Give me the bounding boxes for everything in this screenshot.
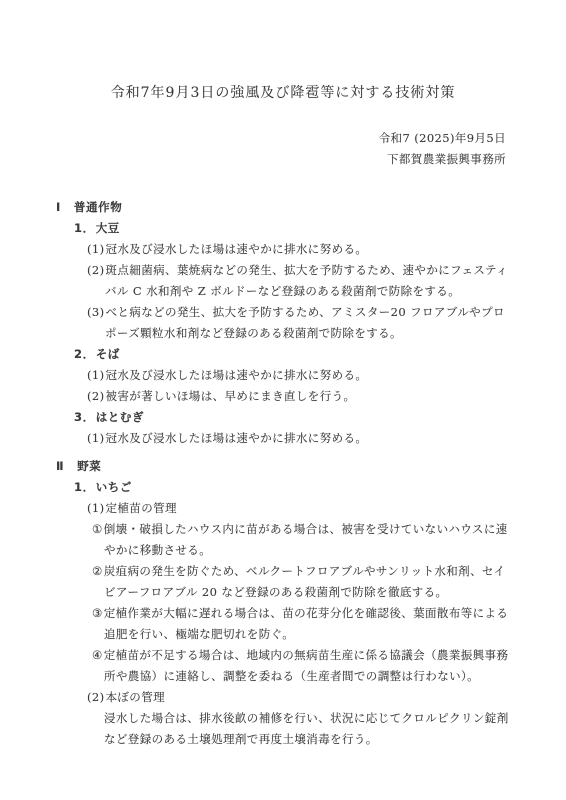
item-marker: ② — [92, 564, 103, 578]
document-title: 令和7年9月3日の強風及び降雹等に対する技術対策 — [0, 84, 566, 102]
document-meta: 令和7 (2025)年9月5日 下都賀農業振興事務所 — [0, 128, 566, 170]
list-item-paren: (2)本ぼの管理 — [105, 687, 512, 708]
item-marker: (2) — [87, 389, 105, 403]
section-numeral: Ⅰ — [56, 200, 61, 214]
list-item-circle: ②炭疽病の発生を防ぐため、ベルクートフロアブルやサンリット水和剤、セイビアーフロ… — [104, 561, 512, 603]
item-text: 被害が著しいほ場は、早めにまき直しを行う。 — [106, 389, 356, 403]
crop-name: いちご — [96, 480, 132, 494]
section-label: 普通作物 — [74, 200, 122, 214]
crop-heading: 1．大豆 — [0, 218, 566, 239]
crop-heading: 1．いちご — [0, 477, 566, 498]
item-text: 冠水及び浸水したほ場は速やかに排水に努める。 — [106, 242, 368, 256]
item-text: 定植苗の管理 — [106, 501, 177, 515]
list-item-paren: (2)被害が著しいほ場は、早めにまき直しを行う。 — [105, 386, 512, 407]
crop-number: 1． — [74, 480, 95, 494]
item-marker: ④ — [92, 648, 103, 662]
item-marker: (1) — [87, 431, 105, 445]
document-body: Ⅰ普通作物1．大豆(1)冠水及び浸水したほ場は速やかに排水に努める。(2)斑点細… — [0, 197, 566, 750]
crop-number: 1． — [74, 221, 95, 235]
list-item-circle: ④定植苗が不足する場合は、地域内の無病苗生産に係る協議会（農業振興事務所や農協）… — [104, 645, 512, 687]
document-issuer: 下都賀農業振興事務所 — [0, 149, 506, 170]
crop-number: 2． — [74, 347, 95, 361]
list-item-circle: ①倒壊・破損したハウス内に苗がある場合は、被害を受けていないハウスに速やかに移動… — [104, 519, 512, 561]
item-marker: (2) — [87, 690, 105, 704]
section-heading: Ⅱ野菜 — [0, 456, 566, 477]
crop-heading: 3．はとむぎ — [0, 407, 566, 428]
item-text: 本ぼの管理 — [106, 690, 166, 704]
item-text: 炭疽病の発生を防ぐため、ベルクートフロアブルやサンリット水和剤、セイビアーフロア… — [104, 564, 506, 599]
item-marker: (1) — [87, 368, 105, 382]
list-item-paren: (1)冠水及び浸水したほ場は速やかに排水に努める。 — [105, 239, 512, 260]
crop-name: そば — [96, 347, 120, 361]
item-marker: (2) — [87, 263, 105, 277]
list-item-circle: ③定植作業が大幅に遅れる場合は、苗の花芽分化を確認後、葉面散布等による追肥を行い… — [104, 603, 512, 645]
item-marker: ③ — [92, 606, 103, 620]
section-heading: Ⅰ普通作物 — [0, 197, 566, 218]
list-item-plain: 浸水した場合は、排水後畝の補修を行い、状況に応じてクロルピクリン錠剤など登録のあ… — [104, 708, 512, 750]
item-text: 浸水した場合は、排水後畝の補修を行い、状況に応じてクロルピクリン錠剤など登録のあ… — [104, 711, 509, 746]
list-item-paren: (3)べと病などの発生、拡大を予防するため、アミスター20 フロアブルやプロポー… — [105, 302, 512, 344]
list-item-paren: (2)斑点細菌病、葉焼病などの発生、拡大を予防するため、速やかにフェスティバル … — [105, 260, 512, 302]
list-item-paren: (1)定植苗の管理 — [105, 498, 512, 519]
document-page: 令和7年9月3日の強風及び降雹等に対する技術対策 令和7 (2025)年9月5日… — [0, 0, 566, 800]
item-marker: ① — [92, 522, 103, 536]
section-label: 野菜 — [77, 459, 101, 473]
item-text: 定植苗が不足する場合は、地域内の無病苗生産に係る協議会（農業振興事務所や農協）に… — [104, 648, 509, 683]
list-item-paren: (1)冠水及び浸水したほ場は速やかに排水に努める。 — [105, 428, 512, 449]
crop-name: 大豆 — [96, 221, 120, 235]
item-marker: (1) — [87, 501, 105, 515]
section-numeral: Ⅱ — [56, 459, 64, 473]
item-marker: (1) — [87, 242, 105, 256]
crop-number: 3． — [74, 410, 95, 424]
section: Ⅱ野菜1．いちご(1)定植苗の管理①倒壊・破損したハウス内に苗がある場合は、被害… — [0, 456, 566, 750]
item-text: 斑点細菌病、葉焼病などの発生、拡大を予防するため、速やかにフェスティバル C 水… — [105, 263, 508, 298]
item-marker: (3) — [87, 305, 105, 319]
section: Ⅰ普通作物1．大豆(1)冠水及び浸水したほ場は速やかに排水に努める。(2)斑点細… — [0, 197, 566, 449]
item-text: 冠水及び浸水したほ場は速やかに排水に努める。 — [106, 431, 368, 445]
crop-heading: 2．そば — [0, 344, 566, 365]
document-date: 令和7 (2025)年9月5日 — [0, 128, 506, 149]
list-item-paren: (1)冠水及び浸水したほ場は速やかに排水に努める。 — [105, 365, 512, 386]
crop-name: はとむぎ — [96, 410, 144, 424]
item-text: 冠水及び浸水したほ場は速やかに排水に努める。 — [106, 368, 368, 382]
item-text: 倒壊・破損したハウス内に苗がある場合は、被害を受けていないハウスに速やかに移動さ… — [104, 522, 508, 557]
item-text: 定植作業が大幅に遅れる場合は、苗の花芽分化を確認後、葉面散布等による追肥を行い、… — [104, 606, 509, 641]
item-text: べと病などの発生、拡大を予防するため、アミスター20 フロアブルやプロポーズ顆粒… — [105, 305, 505, 340]
